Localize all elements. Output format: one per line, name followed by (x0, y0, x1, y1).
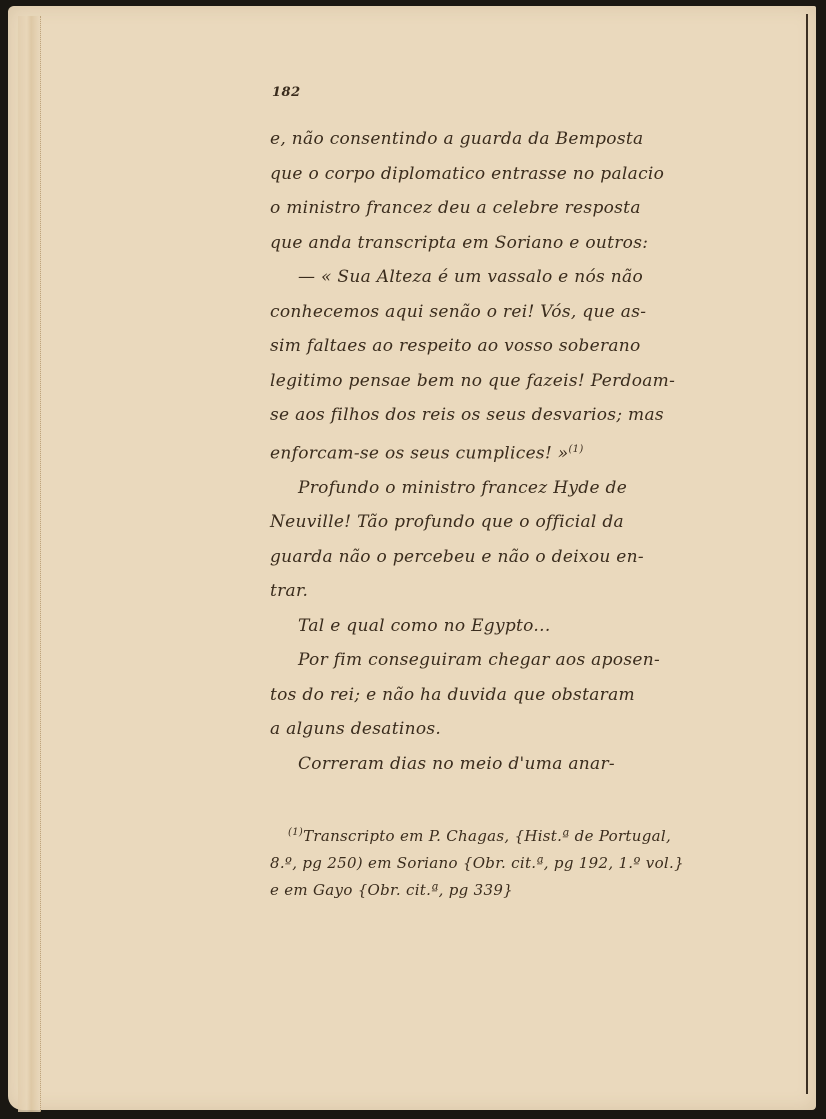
page-binding-edge (18, 16, 41, 1112)
text-line: e, não consentindo a guarda da Bemposta (270, 122, 740, 157)
footnote-line-content: Transcripto em P. Chagas, {Hist.ª de Por… (303, 827, 671, 845)
manuscript-content: 182 e, não consentindo a guarda da Bempo… (270, 85, 740, 904)
text-line: Correram dias no meio d'uma anar- (270, 747, 740, 782)
text-line-content: enforcam-se os seus cumplices! » (270, 443, 568, 463)
text-line-with-footnote-ref: enforcam-se os seus cumplices! »(1) (270, 433, 740, 471)
text-line: que o corpo diplomatico entrasse no pala… (270, 157, 740, 192)
text-line: — « Sua Alteza é um vassalo e nós não (270, 260, 740, 295)
page-number: 182 (272, 85, 740, 100)
text-line: Neuville! Tão profundo que o official da (270, 505, 740, 540)
text-line: tos do rei; e não ha duvida que obstaram (270, 678, 740, 713)
text-line: a alguns desatinos. (270, 712, 740, 747)
text-line: Tal e qual como no Egypto... (270, 609, 740, 644)
page-right-edge (806, 14, 808, 1094)
text-line: guarda não o percebeu e não o deixou en- (270, 540, 740, 575)
text-line: sim faltaes ao respeito ao vosso soberan… (270, 329, 740, 364)
text-line: o ministro francez deu a celebre respost… (270, 191, 740, 226)
footnote-line: 8.º, pg 250) em Soriano {Obr. cit.ª, pg … (270, 850, 740, 877)
scanned-page-image: 182 e, não consentindo a guarda da Bempo… (0, 0, 826, 1119)
footnote-line: e em Gayo {Obr. cit.ª, pg 339} (270, 877, 740, 904)
text-line: Profundo o ministro francez Hyde de (270, 471, 740, 506)
text-line: se aos filhos dos reis os seus desvarios… (270, 398, 740, 433)
text-line: Por fim conseguiram chegar aos aposen- (270, 643, 740, 678)
body-text: e, não consentindo a guarda da Bemposta … (270, 122, 740, 781)
footnote: (1)Transcripto em P. Chagas, {Hist.ª de … (270, 819, 740, 904)
text-line: legitimo pensae bem no que fazeis! Perdo… (270, 364, 740, 399)
footnote-marker: (1) (288, 827, 303, 838)
text-line: que anda transcripta em Soriano e outros… (270, 226, 740, 261)
text-line: trar. (270, 574, 740, 609)
footnote-reference: (1) (568, 444, 583, 455)
text-line: conhecemos aqui senão o rei! Vós, que as… (270, 295, 740, 330)
footnote-line: (1)Transcripto em P. Chagas, {Hist.ª de … (270, 819, 740, 850)
